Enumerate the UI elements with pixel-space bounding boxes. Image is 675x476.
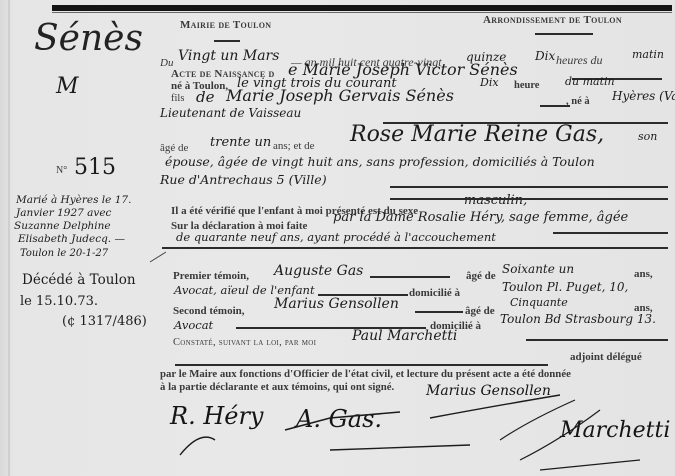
signature-flourishes bbox=[0, 0, 675, 476]
register-page: Mairie de Toulon Arrondissement de Toulo… bbox=[0, 0, 675, 476]
